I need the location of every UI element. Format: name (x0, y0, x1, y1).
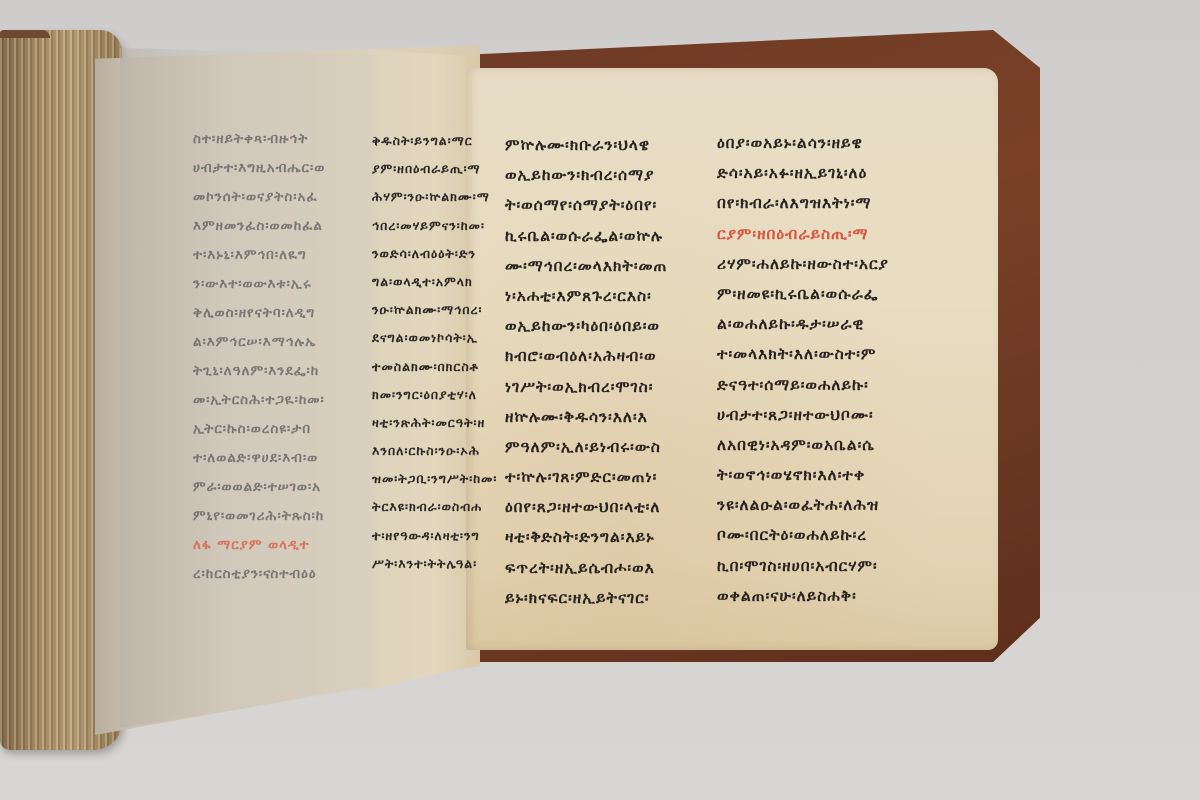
cover-edge-top (0, 30, 50, 38)
text-line: ኢትር፡ኩስ፡ወረስዩ፡ታበ (193, 415, 325, 444)
text-line: ዛቲ፡ንጽሕት፡መርዓት፡ዘ (372, 409, 497, 437)
text-line: ትርእዩ፡ክብራ፡ወስብሐ (372, 493, 497, 521)
text-line: ምራ፡ወወልድ፡ተሠገወ፡አ (193, 473, 325, 502)
text-line: ምኵሉሙ፡ክቡራን፡ህላዌ (505, 130, 667, 160)
text-line: ይኑ፡ክናፍር፡ዘኢይትናገር፡ (505, 583, 667, 613)
text-line: ሕሃም፡ንዑ፡ኵልክሙ፡ማ (372, 183, 497, 211)
text-line: ኪሩቤል፡ወሱራፌል፡ወኵሉ (505, 221, 667, 251)
text-line: ዕበየ፡ጸጋ፡ዘተውህበ፡ላቲ፡ለ (505, 492, 667, 522)
text-line: ተ፡እኑኒ፡እምኅበ፡ለዪግ (193, 241, 325, 270)
text-line: ሀብታተ፡ጸጋ፡ዘተውህቦሙ፡ (717, 400, 889, 430)
text-line: ወኢይከውን፡ክብረ፡ሰማያ (505, 160, 667, 190)
text-line: ነገሥት፡ወኢክብረ፡ሞገስ፡ (505, 372, 667, 402)
text-line: ተ፡ለወልድ፡ዋሀደ፡እብ፡ወ (193, 444, 325, 473)
right-page-text-column-2: ዕበያ፡ወአይኑ፡ልሳን፡ዘይዌ ድሳ፡አይ፡አፉ፡ዘኢይገኒ፡ለዕ በየ፡ክብ… (717, 128, 889, 611)
text-line: ት፡ወኖኅ፡ወሄኖክ፡እለ፡ተቀ (717, 460, 889, 490)
text-line: ተመስልክሙ፡በክርስቶ (372, 353, 497, 381)
text-line: ክብሮ፡ወብዕለ፡አሕዛብ፡ወ (505, 341, 667, 371)
text-line: ዝመ፡ትጋቢ፡ንግሥት፡ከመ፡ (372, 465, 497, 493)
text-line: ምኒየ፡ወመገሪሕ፡ትጹስ፡ከ (193, 502, 325, 531)
text-line: ፍጥረት፡ዘኢይሴብሖ፡ወእ (505, 553, 667, 583)
text-line: ንዑ፡ኵልክሙ፡ማኅበረ፡ (372, 296, 497, 324)
text-line: ያም፡ዘበዕብራይጢ፡ማ (372, 155, 497, 183)
left-page-text-under-interleaf: ስተ፡ዘይትቀጻ፡ብዙኅት ሀብታተ፡እግዚአብሔር፡ወ መኮንሰት፡ወናያትስ… (193, 125, 325, 589)
text-line: ስተ፡ዘይትቀጻ፡ብዙኅት (193, 125, 325, 154)
text-line: ል፡ወሐለይኩ፡ዱታ፡ሠራዊ (717, 309, 889, 339)
text-line: ት፡ወሰማየ፡ሰማያት፡ዕበየ፡ (505, 190, 667, 220)
text-line: ተ፡ኵሉ፡ገጸ፡ምድር፡መጠነ፡ (505, 462, 667, 492)
text-line: ቅዱስት፡ይንግል፡ማር (372, 127, 497, 155)
text-line: ኪበ፡ሞገስ፡ዘሀበ፡አብርሃም፡ (717, 551, 889, 581)
text-line: ትጊኒ፡ለዓለም፡እንደፌ፡ከ (193, 357, 325, 386)
text-line: ለአበዊነ፡አዳም፡ወአቤል፡ሴ (717, 430, 889, 460)
text-line: ሥት፡እንተ፡ትትሌዓል፡ (372, 550, 497, 578)
text-line: ንወድሳ፡ለብዕዕት፡ድን (372, 240, 497, 268)
text-line: ክመ፡ንግር፡ዕበያቲሃ፡ለ (372, 381, 497, 409)
text-line: ድናዓተ፡ሰማይ፡ወሐለይኩ፡ (717, 370, 889, 400)
text-line: ግል፡ወላዲተ፡አምላክ (372, 268, 497, 296)
text-line: ዘኵሉሙ፡ቅዱሳን፡እለ፡እ (505, 402, 667, 432)
text-line: ምዓለም፡ኢለ፡ይነብሩ፡ውስ (505, 432, 667, 462)
text-line: ሪሃም፡ሐለይኩ፡ዘውስተ፡አርያ (717, 249, 889, 279)
text-line: ወኢይከውን፡ካዕበ፡ዕበይ፡ወ (505, 311, 667, 341)
text-line: ሀብታተ፡እግዚአብሔር፡ወ (193, 154, 325, 183)
text-line: ረ፡ከርስቲያን፡ናስተብዕዕ (193, 560, 325, 589)
text-line: ቅሊወስ፡ዘየናትባ፡ለዲግ (193, 299, 325, 328)
text-line: መኮንሰት፡ወናያትስ፡አፈ (193, 183, 325, 212)
text-line: ንዩ፡ለልዑል፡ወፈትሐ፡ለሕዝ (717, 490, 889, 520)
text-line: እምዘመንፈስ፡ወመከፈል (193, 212, 325, 241)
text-line: ወቀልጠ፡ናሁ፡ለይስሐቅ፡ (717, 581, 889, 611)
text-line: ተ፡ዘየዓውዳ፡ለዛቲ፡ንግ (372, 522, 497, 550)
text-line: ደናግል፡ወመነኮሳት፡ኢ (372, 324, 497, 352)
text-line: ዕበያ፡ወአይኑ፡ልሳን፡ዘይዌ (717, 128, 889, 158)
text-line: ተ፡መላእክት፡እለ፡ውስተ፡ም (717, 339, 889, 369)
text-line: ቦሙ፡በርትዕ፡ወሐለይኩ፡ረ (717, 520, 889, 550)
text-line: ን፡ውእተ፡ወውእቱ፡ኢሩ (193, 270, 325, 299)
left-page-text-column: ቅዱስት፡ይንግል፡ማር ያም፡ዘበዕብራይጢ፡ማ ሕሃም፡ንዑ፡ኵልክሙ፡ማ … (372, 127, 497, 578)
text-line: መ፡ኢትርስሕ፡ተጋዪ፡ከመ፡ (193, 386, 325, 415)
text-line: ል፡እምኅርሠ፡እማኅሉኤ (193, 328, 325, 357)
text-line: ኅበረ፡መሃይምናን፡ከመ፡ (372, 212, 497, 240)
text-line: ም፡ዘመዩ፡ኪሩቤል፡ወሱራፌ (717, 279, 889, 309)
rubricated-text-line: ለፋ ማርያም ወላዲተ (193, 531, 325, 560)
right-page-text-column-1: ምኵሉሙ፡ክቡራን፡ህላዌ ወኢይከውን፡ክብረ፡ሰማያ ት፡ወሰማየ፡ሰማያት… (505, 130, 667, 613)
text-line: ዛቲ፡ቅድስት፡ድንግል፡እይኑ (505, 522, 667, 552)
rubricated-text-line: ርያም፡ዘበዕብራይስጢ፡ማ (717, 219, 889, 249)
text-line: በየ፡ክብራ፡ለእግዝእትነ፡ማ (717, 188, 889, 218)
text-line: ሙ፡ማኅበረ፡መላእክት፡መጠ (505, 251, 667, 281)
text-line: ነ፡አሐቲ፡እምጸጉረ፡ርእስ፡ (505, 281, 667, 311)
text-line: ድሳ፡አይ፡አፉ፡ዘኢይገኒ፡ለዕ (717, 158, 889, 188)
text-line: እንበለ፡ርኩስ፡ንዑ፡ኦሕ (372, 437, 497, 465)
